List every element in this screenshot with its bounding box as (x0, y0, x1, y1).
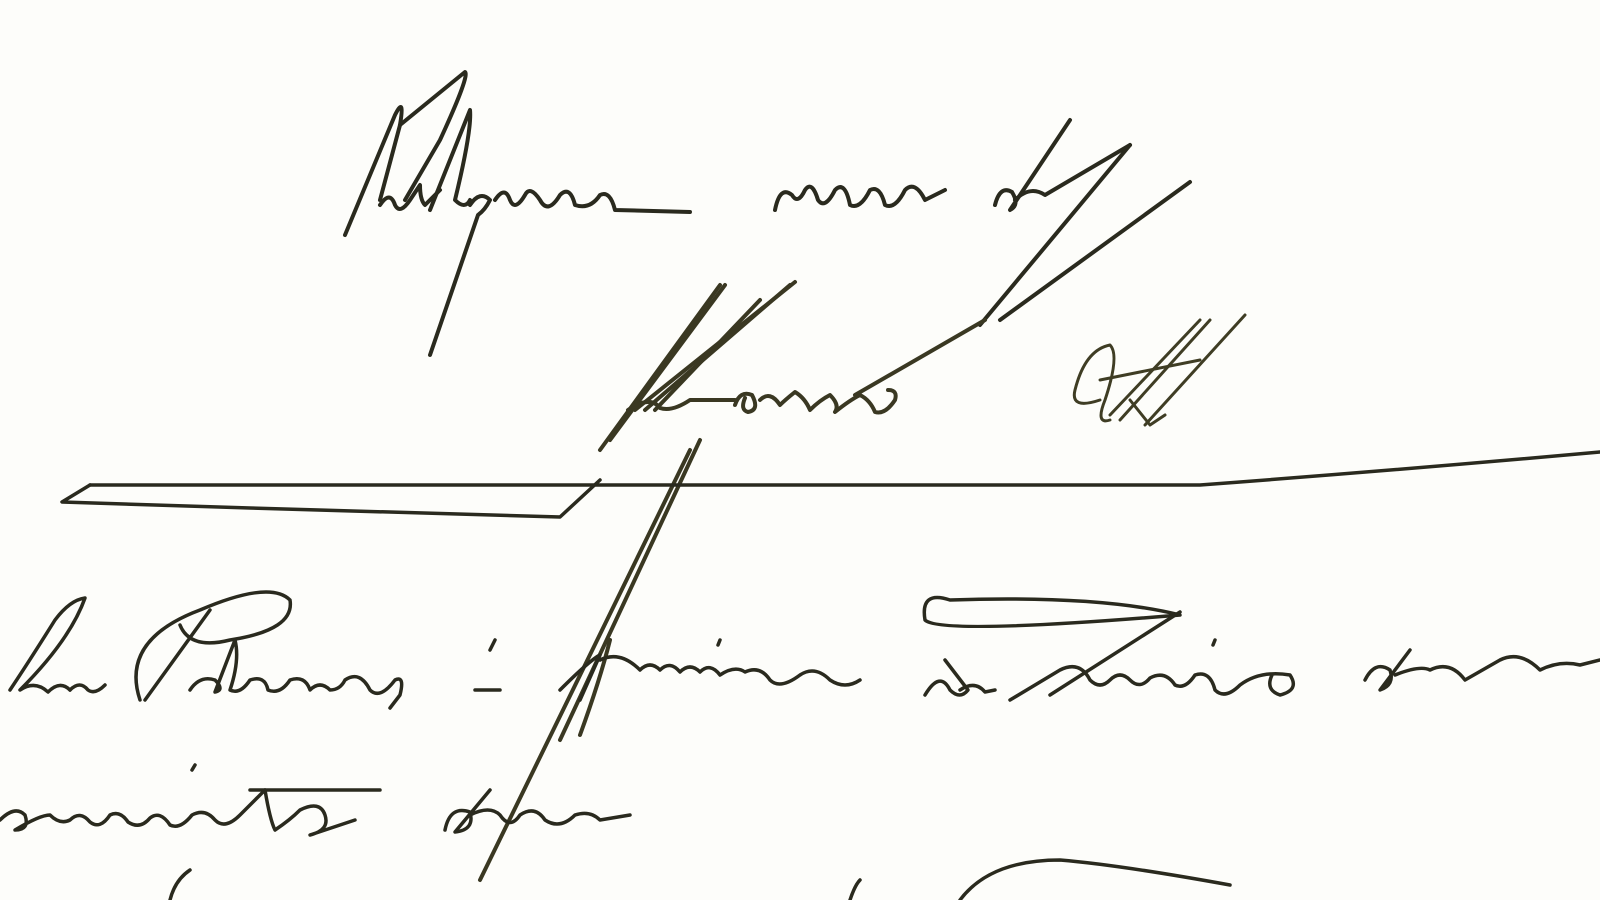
place-date-handwriting-1 (10, 592, 1600, 708)
handwriting-ink (0, 0, 1600, 900)
rubric-flourish (1074, 315, 1245, 425)
signature-handwriting (480, 282, 985, 880)
header-handwriting (345, 72, 1190, 355)
manuscript-page: Publíquese como decreto Alfonso rubric f… (0, 0, 1600, 900)
underline-rule (62, 452, 1600, 517)
partial-next-line (170, 860, 1230, 900)
place-date-handwriting-2 (0, 765, 630, 835)
